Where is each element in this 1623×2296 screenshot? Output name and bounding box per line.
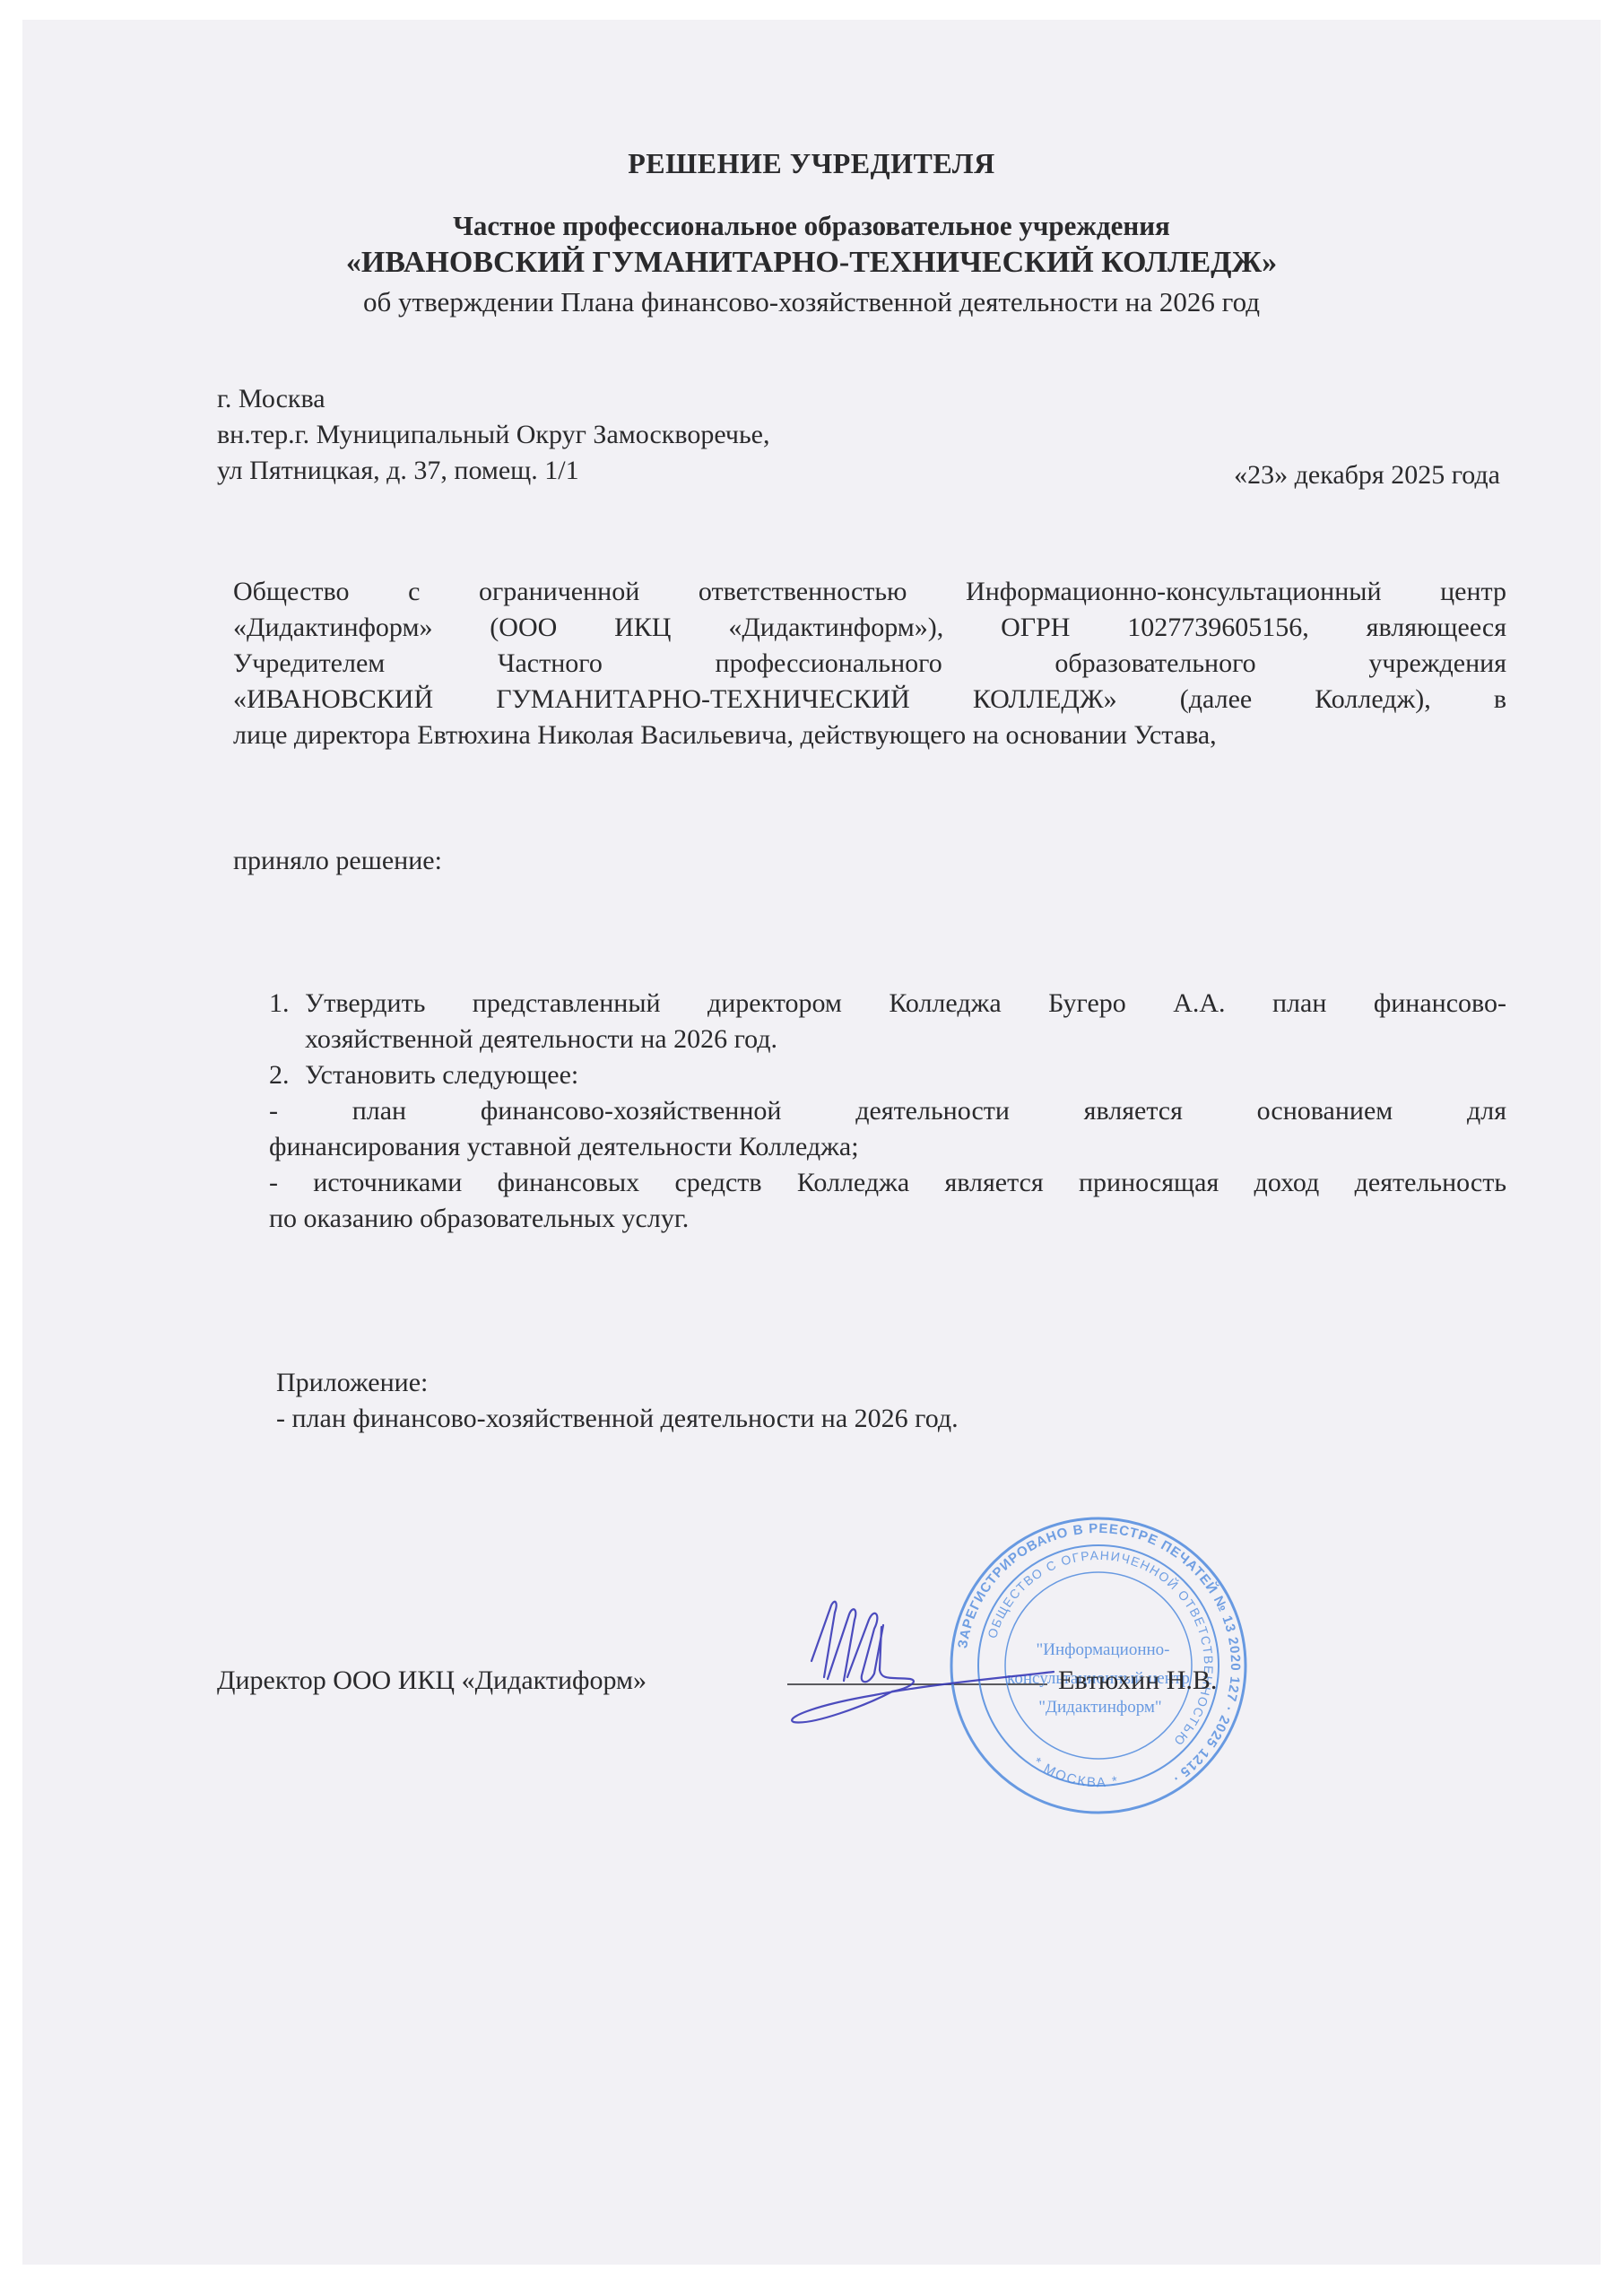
organization-name: «ИВАНОВСКИЙ ГУМАНИТАРНО-ТЕХНИЧЕСКИЙ КОЛЛ… (22, 246, 1601, 280)
preamble-line: Учредителем Частного профессионального о… (233, 646, 1506, 682)
signatory-position: Директор ООО ИКЦ «Дидактиформ» (217, 1663, 647, 1698)
svg-text:* МОСКВА *: * МОСКВА * (1030, 1754, 1120, 1790)
decision-subitem-2-cont: по оказанию образовательных услуг. (269, 1201, 1506, 1237)
decision-item-2: 2.Установить следующее: (269, 1057, 1506, 1093)
item-number: 2. (269, 1057, 305, 1093)
preamble-line: «ИВАНОВСКИЙ ГУМАНИТАРНО-ТЕХНИЧЕСКИЙ КОЛЛ… (233, 682, 1506, 717)
decision-subitem-2: - источниками финансовых средств Колледж… (269, 1165, 1506, 1201)
item-text: Установить следующее: (305, 1060, 578, 1090)
item-number: 1. (269, 986, 305, 1022)
decision-subitem-1: - план финансово-хозяйственной деятельно… (269, 1093, 1506, 1129)
preamble-paragraph: Общество с ограниченной ответственностью… (233, 574, 1506, 753)
preamble-line: лице директора Евтюхина Николая Васильев… (233, 717, 1506, 753)
document-date: «23» декабря 2025 года (1234, 457, 1500, 492)
decision-intro: приняло решение: (233, 843, 442, 878)
decision-item-1-cont: хозяйственной деятельности на 2026 год. (269, 1022, 1506, 1057)
preamble-line: Общество с ограниченной ответственностью… (233, 574, 1506, 610)
preamble-line: «Дидактинформ» (ООО ИКЦ «Дидактинформ»),… (233, 610, 1506, 646)
decision-subitem-1-cont: финансирования уставной деятельности Кол… (269, 1129, 1506, 1165)
decision-item-1: 1.Утвердить представленный директором Ко… (269, 986, 1506, 1022)
appendix-label: Приложение: (276, 1365, 428, 1400)
document-subject: об утверждении Плана финансово-хозяйстве… (22, 286, 1601, 318)
place-street: ул Пятницкая, д. 37, помещ. 1/1 (217, 453, 579, 488)
signatory-name: Евтюхин Н.В. (1058, 1663, 1217, 1698)
decision-list: 1.Утвердить представленный директором Ко… (269, 986, 1506, 1237)
item-text: Утвердить представленный директором Колл… (305, 988, 1506, 1018)
place-district: вн.тер.г. Муниципальный Округ Замоскворе… (217, 417, 770, 452)
organization-type: Частное профессиональное образовательное… (22, 210, 1601, 242)
document-title: РЕШЕНИЕ УЧРЕДИТЕЛЯ (22, 147, 1601, 180)
signature-icon (776, 1571, 1098, 1751)
place-city: г. Москва (217, 381, 325, 416)
appendix-item: - план финансово-хозяйственной деятельно… (276, 1401, 959, 1436)
document-page: РЕШЕНИЕ УЧРЕДИТЕЛЯ Частное профессиональ… (22, 20, 1601, 2265)
